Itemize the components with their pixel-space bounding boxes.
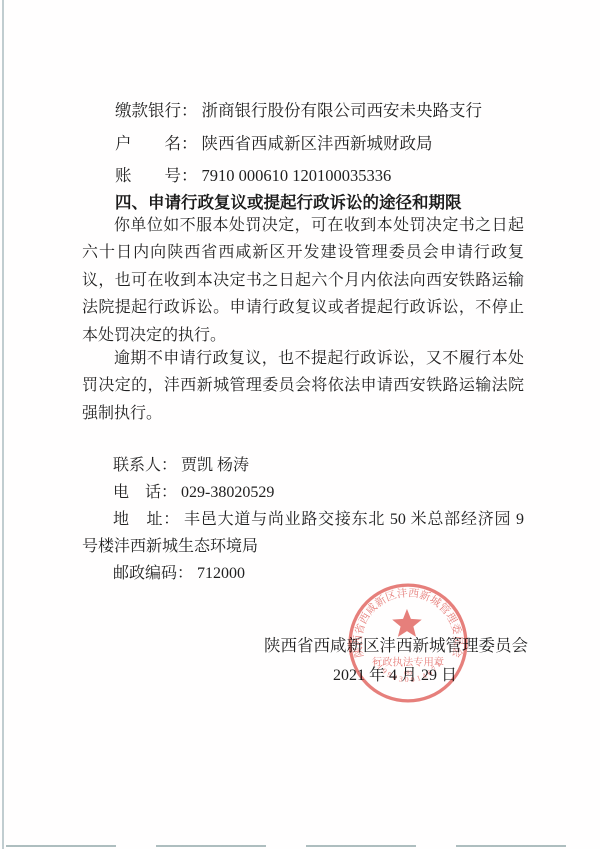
contact-row-address: 地 址：丰邑大道与尚业路交接东北 50 米总部经济园 9 号楼沣西新城生态环境局 [82, 506, 524, 560]
contact-section: 联系人：贾凯 杨涛 电 话：029-38020529 地 址：丰邑大道与尚业路交… [82, 452, 524, 587]
payment-row-bank: 缴款银行：浙商银行股份有限公司西安未央路支行 [82, 95, 528, 128]
scan-edge-bottom [6, 845, 600, 847]
payment-label: 缴款银行： [115, 101, 198, 120]
payment-value: 陕西省西咸新区沣西新城财政局 [202, 134, 433, 153]
contact-value: 029-38020529 [181, 484, 274, 501]
contact-label: 联系人： [113, 457, 177, 474]
payment-label: 账 号： [115, 166, 198, 185]
payment-info-section: 缴款银行：浙商银行股份有限公司西安未央路支行 户 名：陕西省西咸新区沣西新城财政… [82, 95, 528, 193]
seal-star-icon [392, 609, 422, 637]
contact-row-phone: 电 话：029-38020529 [82, 479, 524, 506]
contact-label: 邮政编码： [113, 565, 193, 582]
contact-value: 贾凯 杨涛 [181, 457, 249, 474]
contact-row-person: 联系人：贾凯 杨涛 [82, 452, 524, 479]
contact-label: 电 话： [113, 484, 177, 501]
paragraph-appeal-rights: 你单位如不服本处罚决定，可在收到本处罚决定书之日起六十日内向陕西省西咸新区开发建… [82, 212, 524, 349]
official-seal: 陕西省西咸新区沣西新城管理委员会 行政执法专用章 (8) 61990300146… [346, 581, 470, 705]
payment-row-account-name: 户 名：陕西省西咸新区沣西新城财政局 [82, 128, 528, 161]
payment-value: 浙商银行股份有限公司西安未央路支行 [202, 101, 483, 120]
paragraph-enforcement: 逾期不申请行政复议，也不提起行政诉讼，又不履行本处罚决定的，沣西新城管理委员会将… [82, 345, 524, 427]
contact-label: 地 址： [113, 511, 180, 528]
contact-value: 712000 [197, 565, 245, 582]
document-page: 缴款银行：浙商银行股份有限公司西安未央路支行 户 名：陕西省西咸新区沣西新城财政… [0, 0, 600, 849]
scan-edge-left [2, 0, 4, 849]
payment-value: 7910 000610 120100035336 [202, 166, 392, 185]
payment-label: 户 名： [115, 134, 198, 153]
